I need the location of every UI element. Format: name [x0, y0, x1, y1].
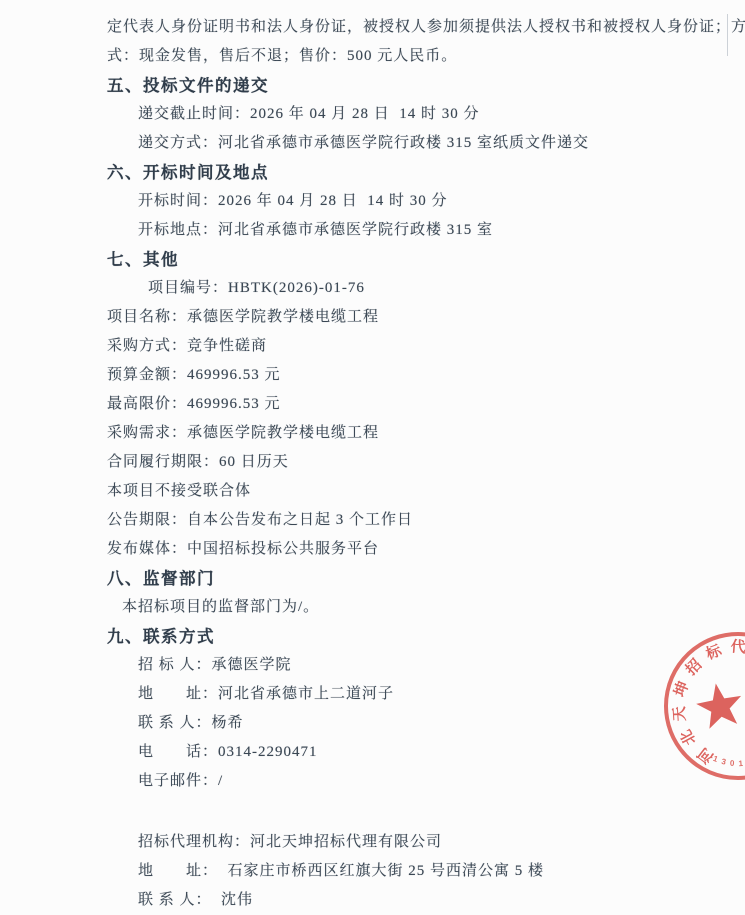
section-5-heading: 五、投标文件的递交: [107, 71, 737, 100]
bid-opening-time-line: 开标时间：2026 年 04 月 28 日 14 时 30 分: [107, 187, 737, 216]
tenderer-phone-line: 电 话：0314-2290471: [107, 738, 737, 767]
publish-media-line: 发布媒体：中国招标投标公共服务平台: [107, 535, 737, 564]
section-8-heading: 八、监督部门: [107, 564, 737, 593]
tenderer-email-line: 电子邮件：/: [107, 767, 737, 796]
contract-period-line: 合同履行期限：60 日历天: [107, 448, 737, 477]
procurement-method-line: 采购方式：竞争性磋商: [107, 332, 737, 361]
tenderer-contact-line: 联 系 人：杨希: [107, 709, 737, 738]
document-page: 定代表人身份证明书和法人身份证，被授权人参加须提供法人授权书和被授权人身份证；方…: [0, 0, 745, 915]
continuation-line-1: 定代表人身份证明书和法人身份证，被授权人参加须提供法人授权书和被授权人身份证；方: [107, 13, 737, 42]
blank-line-spacer: [107, 796, 737, 828]
tenderer-address-line: 地 址：河北省承德市上二道河子: [107, 680, 737, 709]
budget-line: 预算金额：469996.53 元: [107, 361, 737, 390]
no-consortium-line: 本项目不接受联合体: [107, 477, 737, 506]
requirement-line: 采购需求：承德医学院教学楼电缆工程: [107, 419, 737, 448]
submission-deadline-line: 递交截止时间：2026 年 04 月 28 日 14 时 30 分: [107, 100, 737, 129]
project-name-line: 项目名称：承德医学院教学楼电缆工程: [107, 303, 737, 332]
bid-opening-place-line: 开标地点：河北省承德市承德医学院行政楼 315 室: [107, 216, 737, 245]
continuation-line-2: 式：现金发售，售后不退；售价：500 元人民币。: [107, 42, 737, 71]
max-price-line: 最高限价：469996.53 元: [107, 390, 737, 419]
section-6-heading: 六、开标时间及地点: [107, 158, 737, 187]
submission-method-line: 递交方式：河北省承德市承德医学院行政楼 315 室纸质文件递交: [107, 129, 737, 158]
tenderer-line: 招 标 人：承德医学院: [107, 651, 737, 680]
section-7-heading: 七、其他: [107, 245, 737, 274]
announcement-period-line: 公告期限：自本公告发布之日起 3 个工作日: [107, 506, 737, 535]
star-icon: [693, 680, 745, 731]
agency-address-line: 地 址： 石家庄市桥西区红旗大街 25 号西清公寓 5 楼: [107, 857, 737, 886]
agency-line: 招标代理机构：河北天坤招标代理有限公司: [107, 828, 737, 857]
supervision-department-line: 本招标项目的监督部门为/。: [107, 593, 737, 622]
project-number-line: 项目编号：HBTK(2026)-01-76: [107, 274, 737, 303]
section-9-heading: 九、联系方式: [107, 622, 737, 651]
document-body: 定代表人身份证明书和法人身份证，被授权人参加须提供法人授权书和被授权人身份证；方…: [107, 13, 737, 915]
agency-contact-line: 联 系 人： 沈伟: [107, 886, 737, 915]
scan-artifact-line: [727, 14, 728, 56]
